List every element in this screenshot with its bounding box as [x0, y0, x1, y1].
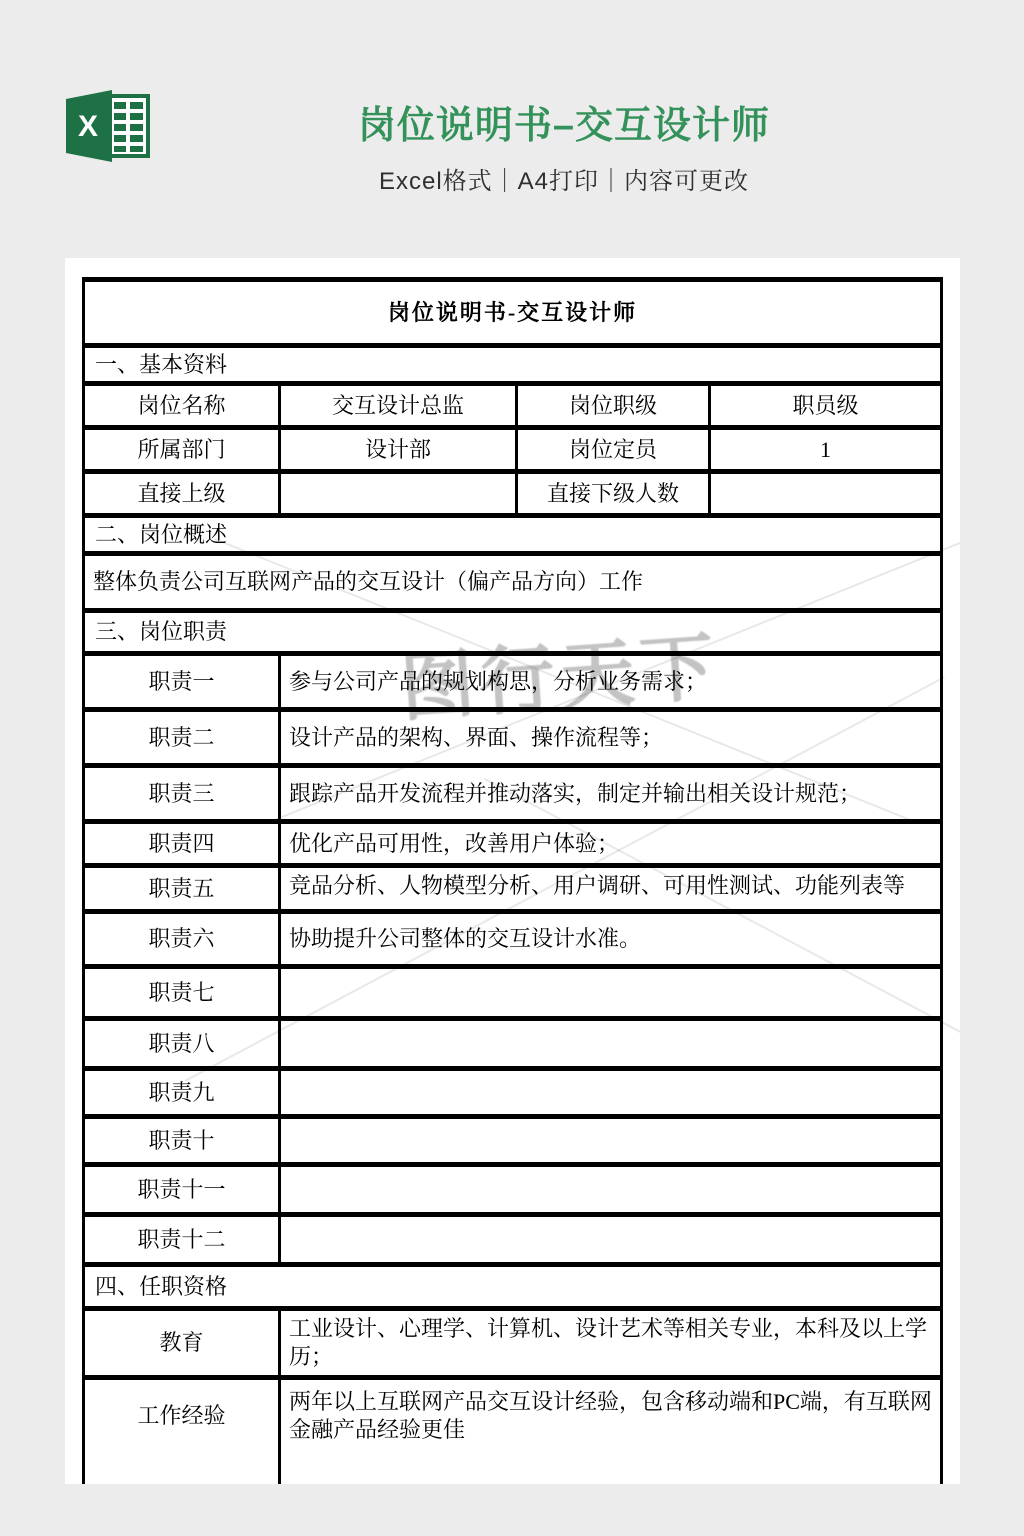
table-row: 职责五 竞品分析、人物模型分析、用户调研、可用性测试、功能列表等 [84, 866, 942, 912]
field-value [710, 472, 942, 516]
qualification-text: 两年以上互联网产品交互设计经验，包含移动端和PC端，有互联网金融产品经验更佳 [280, 1378, 942, 1485]
qualification-text: 工业设计、心理学、计算机、设计艺术等相关专业，本科及以上学历； [280, 1309, 942, 1378]
duty-text [280, 1117, 942, 1165]
duty-text: 竞品分析、人物模型分析、用户调研、可用性测试、功能列表等 [280, 866, 942, 912]
duty-label: 职责十二 [84, 1215, 280, 1265]
duty-label: 职责二 [84, 710, 280, 766]
duty-label: 职责七 [84, 967, 280, 1019]
duty-label: 职责三 [84, 766, 280, 822]
job-description-table: 岗位说明书-交互设计师 一、基本资料 岗位名称 交互设计总监 岗位职级 职员级 … [82, 277, 943, 1484]
table-row: 整体负责公司互联网产品的交互设计（偏产品方向）工作 [84, 554, 942, 611]
duty-label: 职责一 [84, 654, 280, 710]
duty-label: 职责八 [84, 1019, 280, 1069]
duty-text: 设计产品的架构、界面、操作流程等； [280, 710, 942, 766]
table-row: 所属部门 设计部 岗位定员 1 [84, 428, 942, 472]
duty-label: 职责九 [84, 1069, 280, 1117]
qualification-label: 工作经验 [84, 1378, 280, 1485]
table-row: 职责六 协助提升公司整体的交互设计水准。 [84, 912, 942, 967]
duty-label: 职责五 [84, 866, 280, 912]
duty-text: 优化产品可用性，改善用户体验； [280, 822, 942, 866]
section-heading-overview: 二、岗位概述 [84, 516, 942, 554]
page-title: 岗位说明书–交互设计师 [104, 94, 1024, 149]
duty-text: 参与公司产品的规划构思，分析业务需求； [280, 654, 942, 710]
field-label: 岗位职级 [517, 384, 710, 428]
duty-label: 职责十一 [84, 1165, 280, 1215]
table-row: 职责十一 [84, 1165, 942, 1215]
duty-text: 协助提升公司整体的交互设计水准。 [280, 912, 942, 967]
page-subtitle: Excel格式｜A4打印｜内容可更改 [104, 161, 1024, 196]
duty-text [280, 1069, 942, 1117]
field-value: 职员级 [710, 384, 942, 428]
table-row: 职责十二 [84, 1215, 942, 1265]
section-heading-qualifications: 四、任职资格 [84, 1265, 942, 1309]
field-label: 所属部门 [84, 428, 280, 472]
section-heading-duties: 三、岗位职责 [84, 611, 942, 654]
field-label: 岗位定员 [517, 428, 710, 472]
table-row: 职责十 [84, 1117, 942, 1165]
table-row: 职责七 [84, 967, 942, 1019]
section-heading-basic-info: 一、基本资料 [84, 346, 942, 384]
table-row: 职责九 [84, 1069, 942, 1117]
template-preview-page: X 岗位说明书–交互设计师 Excel格式｜A4打印｜内容可更改 图行天下 岗位… [0, 0, 1024, 1536]
duty-text [280, 967, 942, 1019]
duty-label: 职责十 [84, 1117, 280, 1165]
duty-label: 职责四 [84, 822, 280, 866]
duty-text: 跟踪产品开发流程并推动落实，制定并输出相关设计规范； [280, 766, 942, 822]
document-card: 图行天下 岗位说明书-交互设计师 一、基本资料 岗位名称 交互设计总监 岗位职级… [65, 258, 960, 1484]
table-row: 职责二 设计产品的架构、界面、操作流程等； [84, 710, 942, 766]
duty-text [280, 1019, 942, 1069]
table-title: 岗位说明书-交互设计师 [84, 280, 942, 346]
field-label: 直接下级人数 [517, 472, 710, 516]
table-row: 职责一 参与公司产品的规划构思，分析业务需求； [84, 654, 942, 710]
page-header: X 岗位说明书–交互设计师 Excel格式｜A4打印｜内容可更改 [0, 0, 1024, 258]
table-row: 教育 工业设计、心理学、计算机、设计艺术等相关专业，本科及以上学历； [84, 1309, 942, 1378]
duty-text [280, 1215, 942, 1265]
duty-text [280, 1165, 942, 1215]
table-row: 职责四 优化产品可用性，改善用户体验； [84, 822, 942, 866]
table-row: 工作经验 两年以上互联网产品交互设计经验，包含移动端和PC端，有互联网金融产品经… [84, 1378, 942, 1485]
field-value: 设计部 [280, 428, 517, 472]
field-value: 1 [710, 428, 942, 472]
table-row: 职责八 [84, 1019, 942, 1069]
qualification-label: 教育 [84, 1309, 280, 1378]
field-label: 直接上级 [84, 472, 280, 516]
table-row: 岗位名称 交互设计总监 岗位职级 职员级 [84, 384, 942, 428]
field-value: 交互设计总监 [280, 384, 517, 428]
field-label: 岗位名称 [84, 384, 280, 428]
table-row: 职责三 跟踪产品开发流程并推动落实，制定并输出相关设计规范； [84, 766, 942, 822]
field-value [280, 472, 517, 516]
overview-text: 整体负责公司互联网产品的交互设计（偏产品方向）工作 [84, 554, 942, 611]
table-row: 直接上级 直接下级人数 [84, 472, 942, 516]
duty-label: 职责六 [84, 912, 280, 967]
